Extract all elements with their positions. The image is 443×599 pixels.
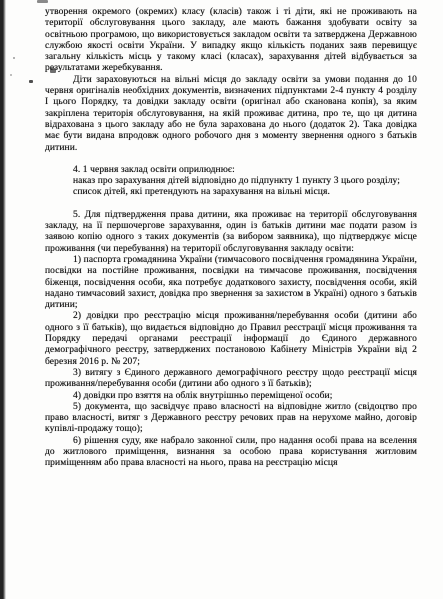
section-5-subitem-2: 2) довідки про реєстрацію місця проживан… <box>45 311 417 367</box>
section-5-intro: 5. Для підтвердження права дитини, яка п… <box>45 210 417 255</box>
section-4-item-order: наказ про зарахування дітей відповідно д… <box>45 176 417 187</box>
section-5-subitem-5: 5) документа, що засвідчує право власнос… <box>45 402 417 436</box>
document-page: утворення окремого (окремих) класу (клас… <box>0 0 443 599</box>
paragraph-free-places: Діти зараховуються на вільні місця до за… <box>45 75 417 154</box>
section-5-subitem-1: 1) паспорта громадянина України (тимчасо… <box>45 255 417 311</box>
section-5-subitem-3: 3) витягу з Єдиного державного демографі… <box>45 368 417 391</box>
paragraph-continuation: утворення окремого (окремих) класу (клас… <box>45 7 417 75</box>
section-5-subitem-6: 6) рішення суду, яке набрало законної си… <box>45 436 417 470</box>
section-5-subitem-4: 4) довідки про взяття на облік внутрішнь… <box>45 391 417 402</box>
section-4-heading: 4. 1 червня заклад освіти оприлюднює: <box>45 165 417 176</box>
section-4-item-list: список дітей, які претендують на зарахув… <box>45 187 417 198</box>
body-text: утворення окремого (окремих) класу (клас… <box>0 0 443 470</box>
